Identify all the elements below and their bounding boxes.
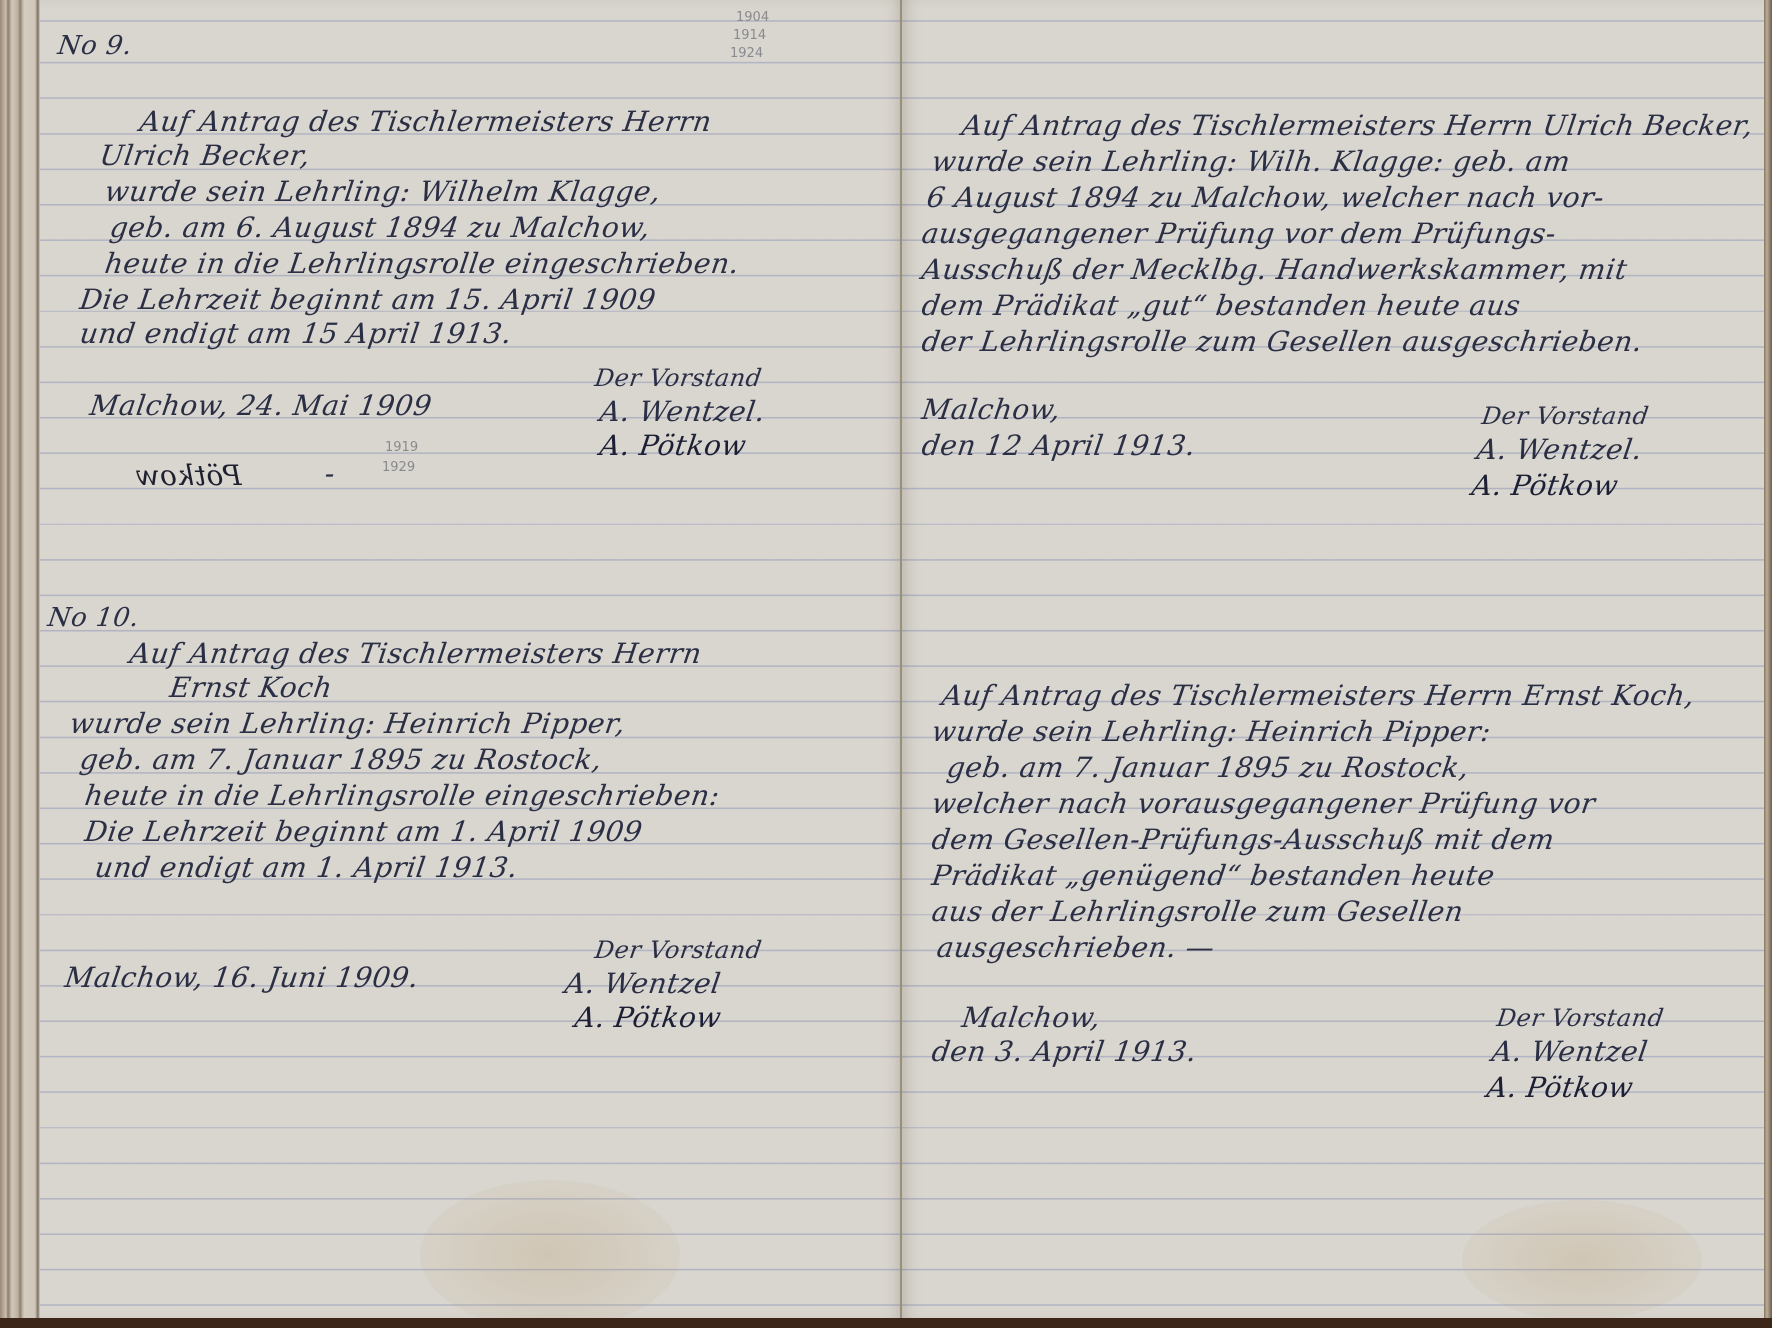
entry-number: No 10.: [45, 600, 141, 636]
pencil-year-note: 1924: [730, 46, 763, 62]
entry-line: und endigt am 1. April 1913.: [92, 850, 520, 886]
entry-line: heute in die Lehrlingsrolle eingeschrieb…: [82, 778, 722, 814]
entry-line: Ausschuß der Mecklbg. Handwerkskammer, m…: [919, 252, 1629, 288]
entry-line: wurde sein Lehrling: Heinrich Pipper:: [929, 714, 1493, 750]
page-stack-edge-right: [1764, 0, 1772, 1320]
entry-line: geb. am 7. Januar 1895 zu Rostock,: [944, 750, 1471, 786]
signature: A. Wentzel: [562, 966, 723, 1002]
water-stain: [420, 1180, 680, 1328]
signature: A. Wentzel: [1489, 1034, 1650, 1070]
pencil-year-note: 1914: [733, 28, 766, 44]
place: Malchow,: [919, 392, 1062, 428]
entry-line: geb. am 7. Januar 1895 zu Rostock,: [77, 742, 604, 778]
entry-line: aus der Lehrlingsrolle zum Gesellen: [929, 894, 1465, 930]
pencil-year-note: 1904: [736, 10, 769, 26]
page-stack-edge: [0, 0, 40, 1320]
entry-line: Prädikat „genügend“ bestanden heute: [929, 858, 1497, 894]
signature: A. Pötkow: [597, 428, 748, 464]
place-date: Malchow, 24. Mai 1909: [87, 388, 434, 424]
place-date: Malchow, 16. Juni 1909.: [62, 960, 421, 996]
signature: A. Wentzel.: [597, 394, 767, 430]
entry-line: geb. am 6. August 1894 zu Malchow,: [107, 210, 652, 246]
signature-title: Der Vorstand: [1494, 1000, 1666, 1036]
signature: A. Wentzel.: [1474, 432, 1644, 468]
entry-number: No 9.: [55, 28, 134, 64]
signature-title: Der Vorstand: [1479, 398, 1651, 434]
entry-line: dem Gesellen-Prüfungs-Ausschuß mit dem: [929, 822, 1556, 858]
entry-line: Ulrich Becker,: [97, 138, 312, 174]
entry-line: der Lehrlingsrolle zum Gesellen ausgesch…: [919, 324, 1644, 360]
signature: A. Pötkow: [1469, 468, 1620, 504]
entry-line: Die Lehrzeit beginnt am 1. April 1909: [82, 814, 644, 850]
book-cover-bottom: [0, 1318, 1772, 1328]
entry-line: wurde sein Lehrling: Wilhelm Klagge,: [102, 174, 663, 210]
ledger-spread: 1904 1914 1924 No 9. Auf Antrag des Tisc…: [0, 0, 1772, 1320]
ink-mark: -: [322, 456, 337, 492]
entry-line: Ernst Koch: [167, 670, 334, 706]
entry-line: 6 August 1894 zu Malchow, welcher nach v…: [924, 180, 1606, 216]
signature: A. Pötkow: [572, 1000, 723, 1036]
pencil-year-note: 1919: [385, 440, 418, 456]
date: den 12 April 1913.: [919, 428, 1198, 464]
entry-line: heute in die Lehrlingsrolle eingeschrieb…: [102, 246, 741, 282]
entry-line: Auf Antrag des Tischlermeisters Herrn: [127, 636, 704, 672]
entry-line: Auf Antrag des Tischlermeisters Herrn Ul…: [959, 108, 1755, 144]
left-page: 1904 1914 1924 No 9. Auf Antrag des Tisc…: [40, 0, 902, 1320]
mirrored-ink-offset: Pötkow: [135, 458, 242, 494]
entry-line: Auf Antrag des Tischlermeisters Herrn Er…: [939, 678, 1697, 714]
entry-line: ausgeschrieben. —: [934, 930, 1216, 966]
date: den 3. April 1913.: [929, 1034, 1199, 1070]
entry-line: ausgegangener Prüfung vor dem Prüfungs-: [919, 216, 1558, 252]
entry-line: Die Lehrzeit beginnt am 15. April 1909: [77, 282, 658, 318]
water-stain: [1462, 1200, 1702, 1320]
entry-line: dem Prädikat „gut“ bestanden heute aus: [919, 288, 1522, 324]
entry-line: wurde sein Lehrling: Heinrich Pipper,: [67, 706, 627, 742]
place: Malchow,: [959, 1000, 1102, 1036]
entry-line: welcher nach vorausgegangener Prüfung vo…: [929, 786, 1597, 822]
signature: A. Pötkow: [1484, 1070, 1635, 1106]
entry-line: Auf Antrag des Tischlermeisters Herrn: [137, 104, 714, 140]
right-page: Auf Antrag des Tischlermeisters Herrn Ul…: [902, 0, 1764, 1320]
entry-line: wurde sein Lehrling: Wilh. Klagge: geb. …: [929, 144, 1572, 180]
signature-title: Der Vorstand: [592, 360, 764, 396]
signature-title: Der Vorstand: [592, 932, 764, 968]
pencil-year-note: 1929: [382, 460, 415, 476]
entry-line: und endigt am 15 April 1913.: [77, 316, 514, 352]
